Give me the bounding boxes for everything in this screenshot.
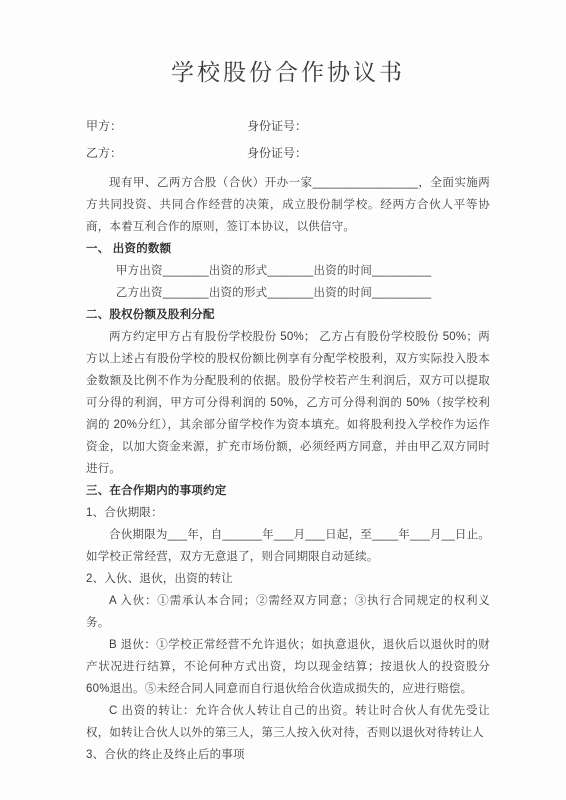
clause-join-text: A 入伙：①需承认本合同；②需经双方同意；③执行合同规定的权利义务。 (86, 590, 490, 634)
clause-2-join-withdraw-label: 2、入伙、退伙，出资的转让 (86, 568, 490, 590)
clause-partnership-term-text: 合伙期限为___年，自______年___月___日起，至____年___月__… (86, 524, 490, 568)
section-2-heading: 二、股权份额及股利分配 (86, 304, 490, 326)
party-b-id-label: 身份证号： (247, 144, 490, 161)
section-1-heading: 一、 出资的数额 (86, 238, 490, 260)
party-b-label: 乙方： (86, 144, 247, 161)
party-a-label: 甲方： (86, 117, 247, 134)
document-body: 现有甲、乙两方合股（合伙）开办一家________________，全面实施两方… (86, 172, 490, 766)
party-b-row: 乙方： 身份证号： (86, 139, 490, 166)
clause-3-termination-label: 3、合伙的终止及终止后的事项 (86, 744, 490, 766)
document-title: 学校股份合作协议书 (86, 58, 490, 88)
party-a-id-label: 身份证号： (247, 117, 490, 134)
parties-block: 甲方： 身份证号： 乙方： 身份证号： (86, 112, 490, 166)
contract-document-page: 学校股份合作协议书 甲方： 身份证号： 乙方： 身份证号： 现有甲、乙两方合股（… (0, 0, 566, 800)
clause-transfer-text: C 出资的转让：允许合伙人转让自己的出资。转让时合伙人有优先受让权，如转让合伙人… (86, 700, 490, 744)
section-2-paragraph: 两方约定甲方占有股份学校股份 50%； 乙方占有股份学校股份 50%；两方以上述… (86, 326, 490, 480)
party-a-row: 甲方： 身份证号： (86, 112, 490, 139)
party-b-capital-line: 乙方出资_______出资的形式_______出资的时间_________ (86, 282, 490, 304)
clause-withdraw-text: B 退伙：①学校正常经营不允许退伙；如执意退伙，退伙后以退伙时的财产状况进行结算… (86, 634, 490, 700)
party-a-capital-line: 甲方出资_______出资的形式_______出资的时间_________ (86, 260, 490, 282)
section-3-heading: 三、在合作期内的事项约定 (86, 480, 490, 502)
clause-1-partnership-term-label: 1、合伙期限： (86, 502, 490, 524)
intro-paragraph: 现有甲、乙两方合股（合伙）开办一家________________，全面实施两方… (86, 172, 490, 238)
